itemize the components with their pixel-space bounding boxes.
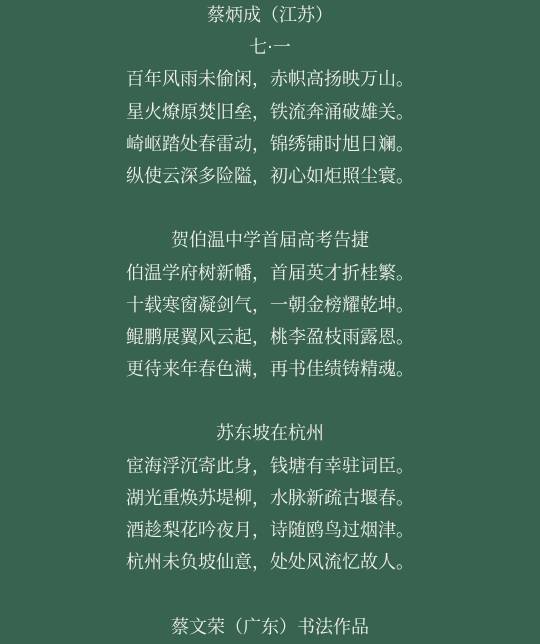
- author-heading: 蔡炳成（江苏）: [0, 0, 540, 32]
- poem-1-line: 星火燎原焚旧垒，铁流奔涌破雄关。: [0, 97, 540, 129]
- poem-2-line: 十载寒窗凝剑气，一朝金榜耀乾坤。: [0, 290, 540, 322]
- poetry-page: 蔡炳成（江苏） 七·一 百年风雨未偷闲，赤帜高扬映万山。 星火燎原焚旧垒，铁流奔…: [0, 0, 540, 644]
- poem-1-title: 七·一: [0, 32, 540, 64]
- poem-3-line: 酒趁梨花吟夜月，诗随鸥鸟过烟津。: [0, 515, 540, 547]
- poem-2-title: 贺伯温中学首届高考告捷: [0, 225, 540, 257]
- calligraphy-credit: 蔡文荣（广东）书法作品: [0, 612, 540, 644]
- poem-3-line: 宦海浮沉寄此身，钱塘有幸驻词臣。: [0, 451, 540, 483]
- poem-3-title: 苏东坡在杭州: [0, 418, 540, 450]
- poem-1-line: 纵使云深多险隘，初心如炬照尘寰。: [0, 161, 540, 193]
- poem-1-line: 崎岖踏处春雷动，锦绣铺时旭日斓。: [0, 129, 540, 161]
- poem-2-line: 伯温学府树新幡，首届英才折桂繁。: [0, 258, 540, 290]
- poem-3-line: 杭州未负坡仙意，处处风流忆故人。: [0, 547, 540, 579]
- poem-2-line: 鲲鹏展翼风云起，桃李盈枝雨露恩。: [0, 322, 540, 354]
- stanza-spacer: [0, 579, 540, 611]
- stanza-spacer: [0, 386, 540, 418]
- stanza-spacer: [0, 193, 540, 225]
- poem-3-line: 湖光重焕苏堤柳，水脉新疏古堰春。: [0, 483, 540, 515]
- poem-1-line: 百年风雨未偷闲，赤帜高扬映万山。: [0, 64, 540, 96]
- poem-2-line: 更待来年春色满，再书佳绩铸精魂。: [0, 354, 540, 386]
